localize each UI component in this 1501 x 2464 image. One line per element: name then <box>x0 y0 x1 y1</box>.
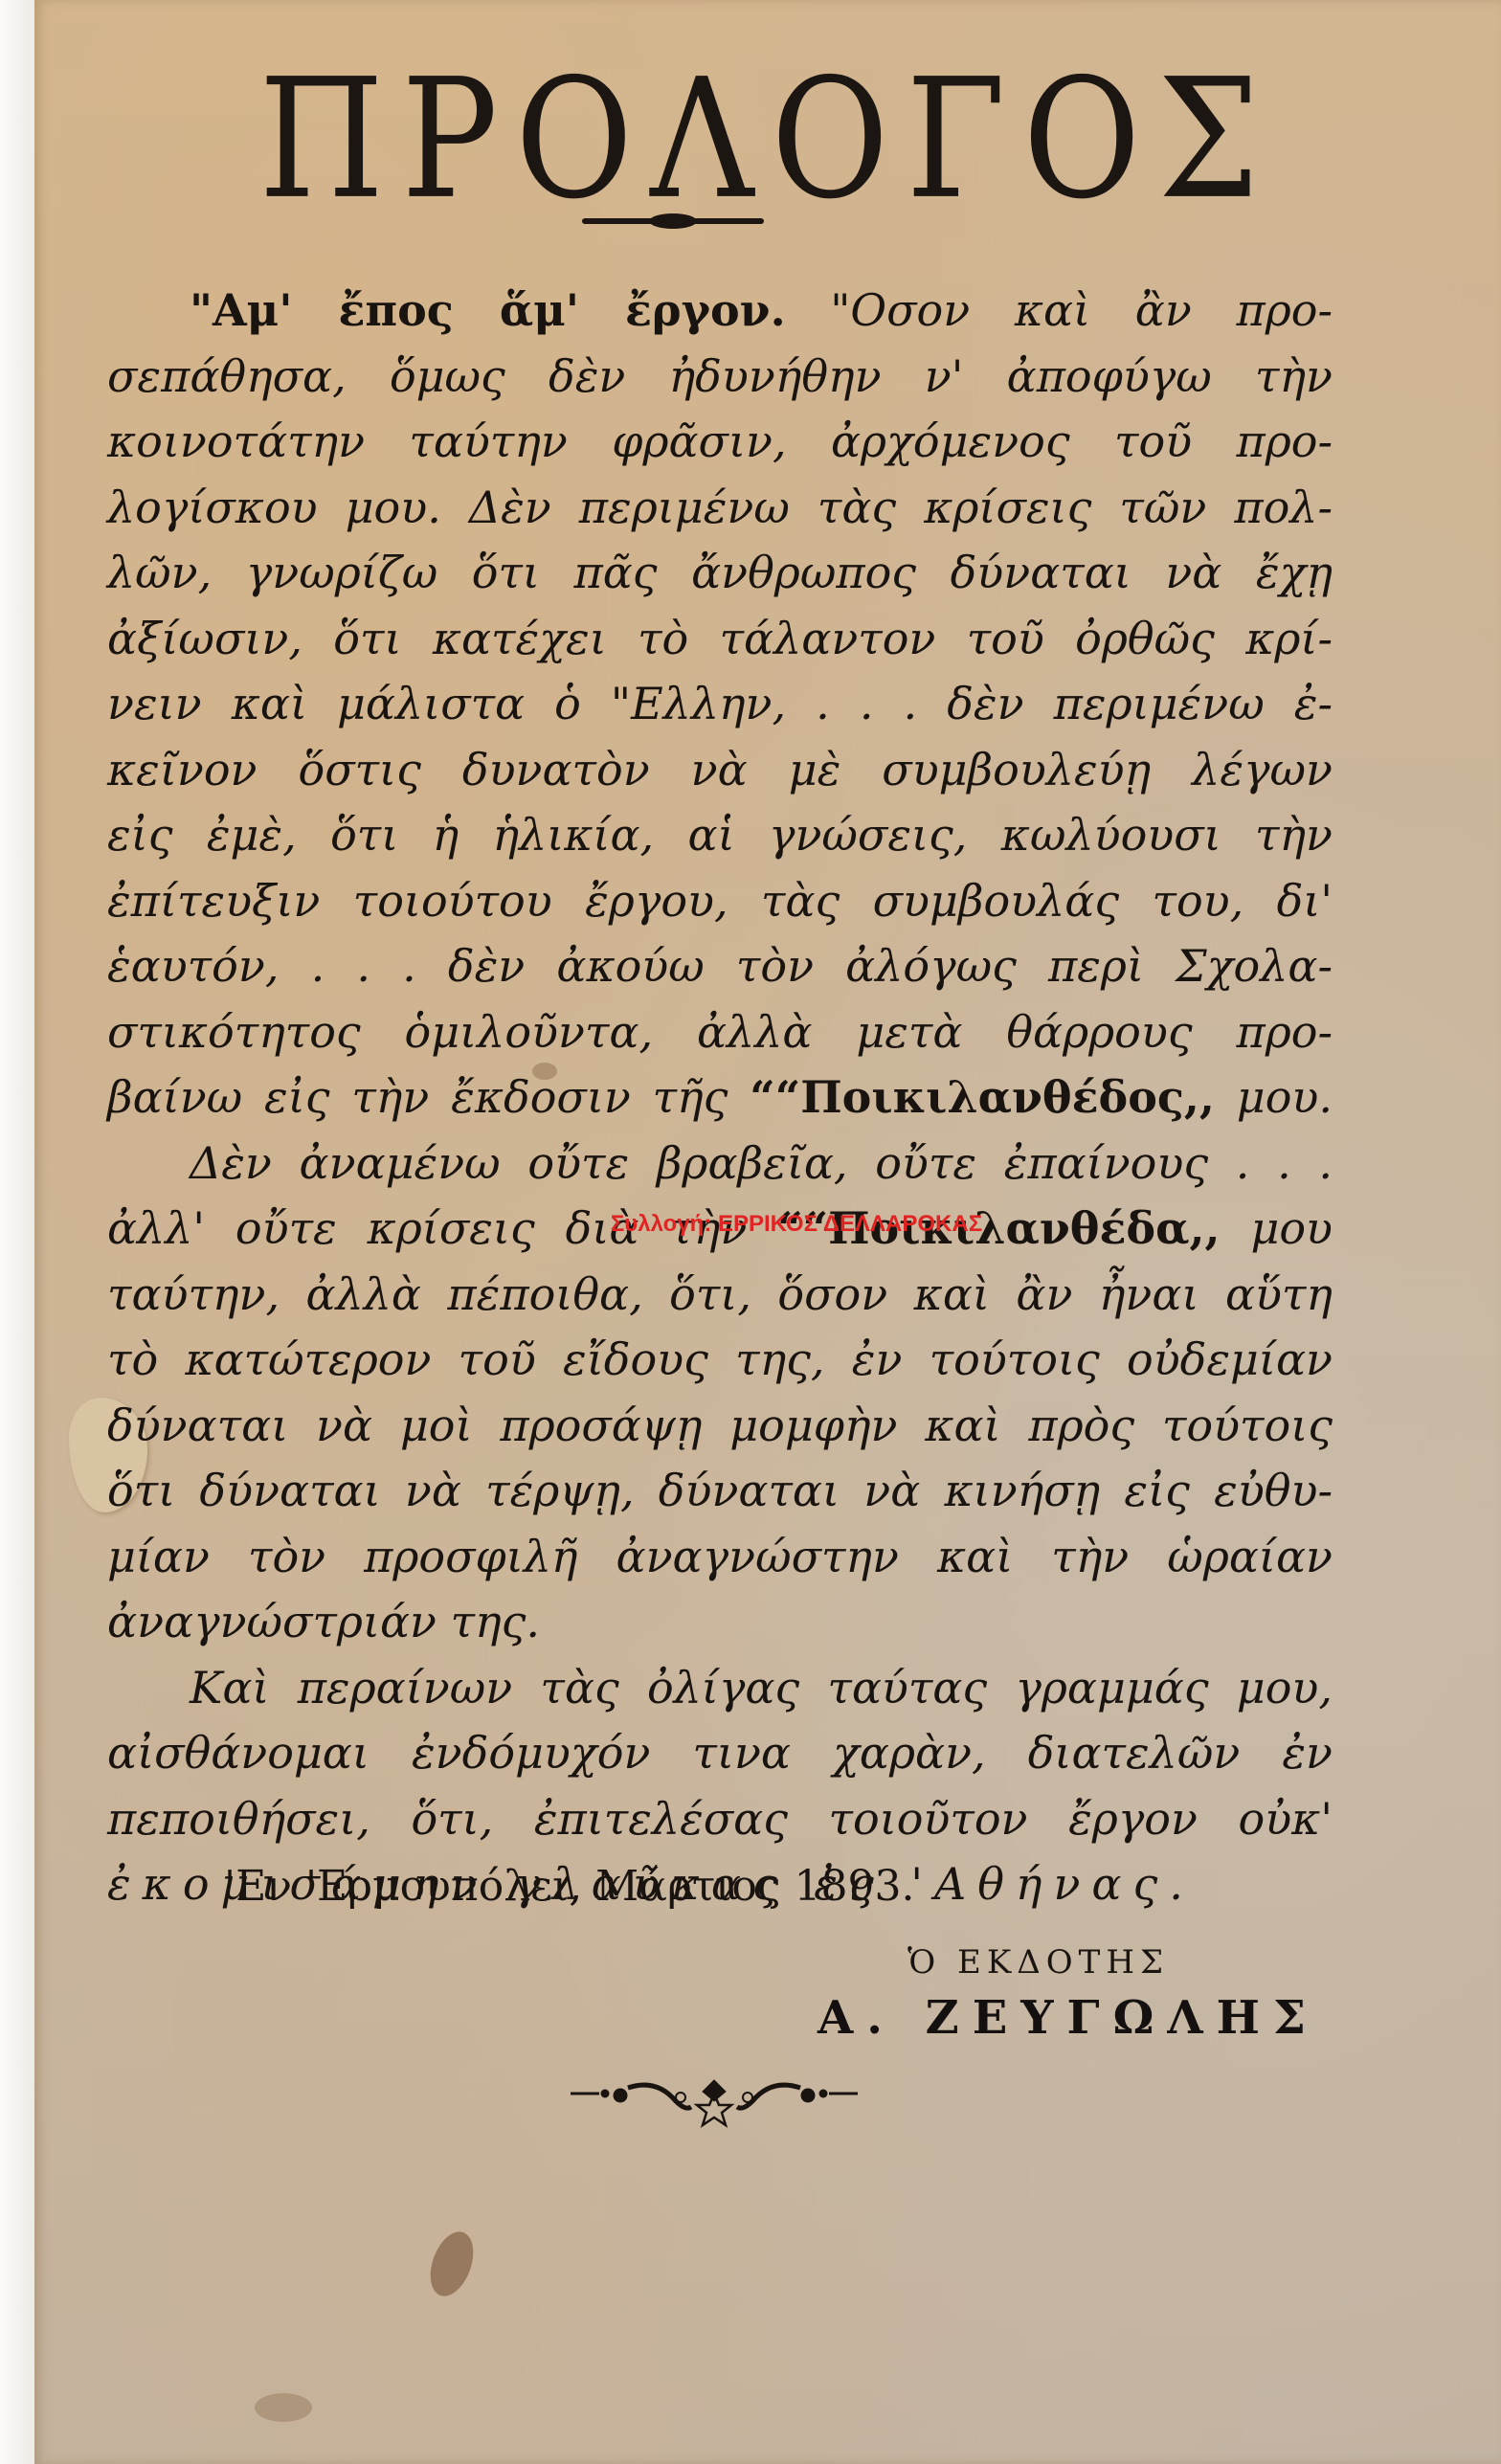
text-line: αἰσθάνομαι ἐνδόμυχόν τινα χαρὰν, διατελῶ… <box>107 1720 1333 1786</box>
text-segment: Δὲν ἀναμένω οὔτε βραβεῖα, οὔτε ἐπαίνους … <box>190 1137 1333 1189</box>
text-line: πεποιθήσει, ὅτι, ἐπιτελέσας τοιοῦτον ἔργ… <box>107 1786 1333 1852</box>
text-segment: νειν καὶ μάλιστα ὁ "Ελλην, . . . δὲν περ… <box>107 678 1333 729</box>
fleuron-ornament-icon <box>571 2072 858 2130</box>
text-line: μίαν τὸν προσφιλῆ ἀναγνώστην καὶ τὴν ὡρα… <box>107 1524 1333 1590</box>
text-segment: πεποιθήσει, ὅτι, ἐπιτελέσας τοιοῦτον ἔργ… <box>107 1793 1333 1845</box>
text-line: κεῖνον ὅστις δυνατὸν νὰ μὲ συμβουλεύῃ λέ… <box>107 737 1333 803</box>
text-segment: δύναται νὰ μοὶ προσάψῃ μομφὴν καὶ πρὸς τ… <box>107 1400 1333 1451</box>
text-segment: λογίσκου μου. Δὲν περιμένω τὰς κρίσεις τ… <box>107 482 1333 533</box>
publisher-label: Ὁ ΕΚΔΟΤΗΣ <box>907 1943 1169 1982</box>
text-line: τὸ κατώτερον τοῦ εἴδους της, ἐν τούτοις … <box>107 1327 1333 1393</box>
text-line: κοινοτάτην ταύτην φρᾶσιν, ἀρχόμενος τοῦ … <box>107 409 1333 475</box>
text-segment: ταύτην, ἀλλὰ πέποιθα, ὅτι, ὅσον καὶ ἂν ἦ… <box>107 1268 1333 1320</box>
text-segment: ἀναγνώστριάν της. <box>107 1596 540 1647</box>
page-title: ΠΡΟΛΟΓΟΣ <box>34 57 1501 223</box>
document-page: ΠΡΟΛΟΓΟΣ "Αμ' ἔπος ἅμ' ἔργον. "Οσον καὶ … <box>34 0 1501 2464</box>
text-line: στικότητος ὁμιλοῦντα, ἀλλὰ μετὰ θάρρους … <box>107 999 1333 1065</box>
text-segment: Καὶ περαίνων τὰς ὀλίγας ταύτας γραμμάς μ… <box>190 1662 1333 1714</box>
text-line: εἰς ἐμὲ, ὅτι ἡ ἡλικία, αἱ γνώσεις, κωλύο… <box>107 802 1333 868</box>
emphasized-text: ““Ποικιλανθέδος,, <box>750 1071 1215 1123</box>
text-segment: βαίνω εἰς τὴν ἔκδοσιν τῆς <box>107 1071 750 1123</box>
text-line: δύναται νὰ μοὶ προσάψῃ μομφὴν καὶ πρὸς τ… <box>107 1393 1333 1459</box>
text-line: ὅτι δύναται νὰ τέρψῃ, δύναται νὰ κινήσῃ … <box>107 1458 1333 1524</box>
text-line: βαίνω εἰς τὴν ἔκδοσιν τῆς ““Ποικιλανθέδο… <box>107 1064 1333 1131</box>
text-segment: αἰσθάνομαι ἐνδόμυχόν τινα χαρὰν, διατελῶ… <box>107 1727 1333 1779</box>
text-segment: μου. <box>1215 1071 1333 1123</box>
text-line: νειν καὶ μάλιστα ὁ "Ελλην, . . . δὲν περ… <box>107 671 1333 737</box>
text-segment: κοινοτάτην ταύτην φρᾶσιν, ἀρχόμενος τοῦ … <box>107 415 1333 467</box>
text-segment: ἀξίωσιν, ὅτι κατέχει τὸ τάλαντον τοῦ ὀρθ… <box>107 613 1333 664</box>
text-segment: μίαν τὸν προσφιλῆ ἀναγνώστην καὶ τὴν ὡρα… <box>107 1531 1333 1582</box>
collection-watermark: Συλλογή: ΕΡΡΙΚΟΣ ΔΕΛΛΑΡΟΚΑΣ <box>270 1211 1323 1238</box>
text-segment: κεῖνον ὅστις δυνατὸν νὰ μὲ συμβουλεύῃ λέ… <box>107 744 1333 795</box>
text-line: ἀναγνώστριάν της. <box>107 1589 1333 1655</box>
text-line: Δὲν ἀναμένω οὔτε βραβεῖα, οὔτε ἐπαίνους … <box>107 1131 1333 1197</box>
text-line: λογίσκου μου. Δὲν περιμένω τὰς κρίσεις τ… <box>107 475 1333 541</box>
text-line: σεπάθησα, ὅμως δὲν ἠδυνήθην ν' ἀποφύγω τ… <box>107 344 1333 410</box>
text-line: ταύτην, ἀλλὰ πέποιθα, ὅτι, ὅσον καὶ ἂν ἦ… <box>107 1262 1333 1328</box>
ink-stain <box>422 2226 482 2301</box>
text-segment: ὅτι δύναται νὰ τέρψῃ, δύναται νὰ κινήσῃ … <box>107 1465 1333 1516</box>
text-line: ἐπίτευξιν τοιούτου ἔργου, τὰς συμβουλάς … <box>107 868 1333 934</box>
text-line: ἑαυτόν, . . . δὲν ἀκούω τὸν ἀλόγως περὶ … <box>107 933 1333 999</box>
ink-stain <box>255 2393 312 2422</box>
emphasized-text: "Αμ' ἔπος ἅμ' ἔργον. <box>190 284 786 336</box>
text-segment: τὸ κατώτερον τοῦ εἴδους της, ἐν τούτοις … <box>107 1333 1333 1385</box>
text-segment: "Οσον καὶ ἂν προ- <box>786 284 1333 336</box>
text-segment: στικότητος ὁμιλοῦντα, ἀλλὰ μετὰ θάρρους … <box>107 1006 1333 1058</box>
text-line: ἀξίωσιν, ὅτι κατέχει τὸ τάλαντον τοῦ ὀρθ… <box>107 606 1333 672</box>
dateline: 'Εν 'Ερμουπόλει, Μάρτιος 1893. <box>224 1862 915 1911</box>
title-divider-ornament <box>582 218 764 224</box>
text-segment: ἐπίτευξιν τοιούτου ἔργου, τὰς συμβουλάς … <box>107 875 1333 927</box>
text-segment: σεπάθησα, ὅμως δὲν ἠδυνήθην ν' ἀποφύγω τ… <box>107 350 1333 402</box>
text-segment: λῶν, γνωρίζω ὅτι πᾶς ἄνθρωπος δύναται νὰ… <box>107 547 1333 598</box>
text-line: "Αμ' ἔπος ἅμ' ἔργον. "Οσον καὶ ἂν προ- <box>107 278 1333 344</box>
text-line: λῶν, γνωρίζω ὅτι πᾶς ἄνθρωπος δύναται νὰ… <box>107 540 1333 606</box>
publisher-name: Α. ΖΕΥΓΩΛΗΣ <box>818 1991 1319 2045</box>
text-line: Καὶ περαίνων τὰς ὀλίγας ταύτας γραμμάς μ… <box>107 1655 1333 1721</box>
text-segment: εἰς ἐμὲ, ὅτι ἡ ἡλικία, αἱ γνώσεις, κωλύο… <box>107 809 1333 861</box>
text-segment: ἑαυτόν, . . . δὲν ἀκούω τὸν ἀλόγως περὶ … <box>107 940 1333 992</box>
scan-margin <box>0 0 34 2464</box>
prologue-body: "Αμ' ἔπος ἅμ' ἔργον. "Οσον καὶ ἂν προ-σε… <box>107 278 1333 1917</box>
